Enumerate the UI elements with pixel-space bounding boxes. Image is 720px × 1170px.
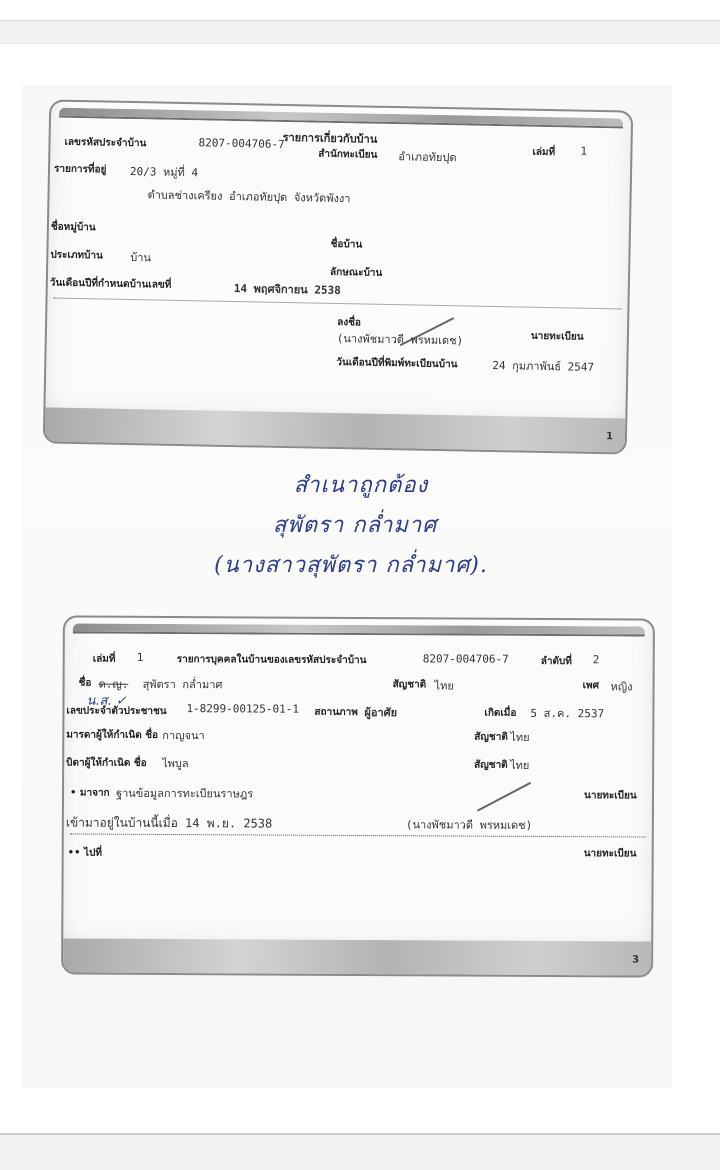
assigned-date-label: วันเดือนปีที่กำหนดบ้านเลขที่ [50, 275, 172, 292]
divider [54, 298, 622, 310]
birth-date: 5 ส.ค. 2537 [530, 704, 604, 722]
seq-label: ลำดับที่ [541, 654, 572, 669]
person-card-title: รายการบุคคลในบ้านของเลขรหัสประจำบ้าน [177, 652, 367, 668]
card-header-strip [73, 624, 645, 637]
registrar-name: (นางพัชมาวดี พรหมเดช) [337, 329, 464, 349]
book-label: เล่มที่ [93, 652, 116, 667]
scanned-document: รายการเกี่ยวกับบ้าน เลขรหัสประจำบ้าน 820… [22, 85, 672, 1088]
house-style-label: ลักษณะบ้าน [330, 265, 383, 281]
registrar-title: นายทะเบียน [584, 788, 637, 803]
house-name-label: ชื่อบ้าน [330, 237, 362, 253]
mother-label: มารดาผู้ให้กำเนิด ชื่อ [66, 727, 158, 742]
print-date: 24 กุมภาพันธ์ 2547 [492, 356, 594, 376]
registrar-signature [477, 782, 531, 812]
sex-label: เพศ [583, 678, 599, 693]
registrar-title: นายทะเบียน [584, 846, 637, 861]
registrar-name: (นางพัชมาวดี พรหมเดช) [406, 815, 533, 834]
house-type: บ้าน [130, 248, 151, 266]
mother-name: กาญจนา [162, 726, 204, 744]
card-footer-strip [45, 407, 626, 452]
sex: หญิง [611, 677, 633, 695]
registrar-title: นายทะเบียน [531, 329, 584, 345]
id-label: เลขประจำตัวประชาชน [66, 703, 166, 719]
moved-in-date: เข้ามาอยู่ในบ้านนี้เมื่อ 14 พ.ย. 2538 [66, 813, 272, 833]
print-date-label: วันเดือนปีที่พิมพ์ทะเบียนบ้าน [336, 355, 457, 372]
nationality-label: สัญชาติ [393, 677, 427, 692]
house-code-label: เลขรหัสประจำบ้าน [64, 135, 146, 152]
page-number: 1 [606, 431, 613, 442]
assigned-date: 14 พฤศจิกายน 2538 [234, 279, 341, 299]
status-label: สถานภาพ [314, 705, 357, 720]
page-number: 3 [632, 954, 639, 965]
house-card-title: รายการเกี่ยวกับบ้าน [283, 128, 378, 148]
seq-number: 2 [593, 653, 600, 666]
address-line-2: ตำบลช่างเครียง อำเภอทัยปุด จังหวัดพังงา [147, 185, 350, 207]
registry-office-label: สำนักทะเบียน [318, 147, 377, 163]
book-number: 1 [137, 651, 144, 664]
from-value: ฐานข้อมูลการทะเบียนราษฎร [116, 784, 253, 803]
house-type-label: ประเภทบ้าน [50, 247, 103, 263]
signature-text: สุพัตรา กล่ำมาศ [30, 507, 680, 542]
handwritten-certification: สำเนาถูกต้อง สุพัตรา กล่ำมาศ (นางสาวสุพั… [22, 467, 672, 597]
book-label: เล่มที่ [532, 145, 555, 160]
card-footer-strip [63, 938, 651, 975]
father-label: บิดาผู้ให้กำเนิด ชื่อ [66, 755, 147, 770]
father-nationality: ไทย [510, 756, 529, 774]
viewer-bottom-bar [0, 1133, 720, 1170]
book-number: 1 [580, 145, 587, 158]
status: ผู้อาศัย [364, 703, 397, 721]
mother-nationality: ไทย [510, 728, 529, 746]
full-name-text: (นางสาวสุพัตรา กล่ำมาศ). [26, 547, 676, 582]
nationality: ไทย [435, 676, 454, 694]
father-nationality-label: สัญชาติ [474, 758, 508, 773]
moved-out-label: •• ไปที่ [68, 845, 102, 860]
certified-copy-text: สำเนาถูกต้อง [36, 467, 686, 502]
village-label: ชื่อหมู่บ้าน [51, 219, 96, 235]
id-number: 1-8299-00125-01-1 [186, 702, 299, 716]
name-label: ชื่อ [79, 676, 92, 691]
card-header-strip [59, 108, 623, 129]
birth-label: เกิดเมื่อ [484, 706, 516, 721]
mother-nationality-label: สัญชาติ [474, 730, 508, 745]
address-label: รายการที่อยู่ [54, 162, 107, 178]
address-line-1: 20/3 หมู่ที่ 4 [130, 162, 198, 181]
person-name: สุพัตรา กล่ำมาศ [143, 675, 223, 693]
house-details-card: รายการเกี่ยวกับบ้าน เลขรหัสประจำบ้าน 820… [43, 99, 633, 454]
person-details-card: เล่มที่ 1 รายการบุคคลในบ้านของเลขรหัสประ… [61, 615, 655, 977]
divider [70, 833, 646, 837]
registry-office: อำเภอทัยปุด [398, 147, 457, 166]
house-code: 8207-004706-7 [423, 652, 509, 665]
father-name: ไพบูล [162, 754, 189, 772]
viewer-top-bar [0, 20, 720, 44]
house-code: 8207-004706-7 [198, 136, 284, 151]
from-label: • มาจาก [70, 785, 110, 800]
